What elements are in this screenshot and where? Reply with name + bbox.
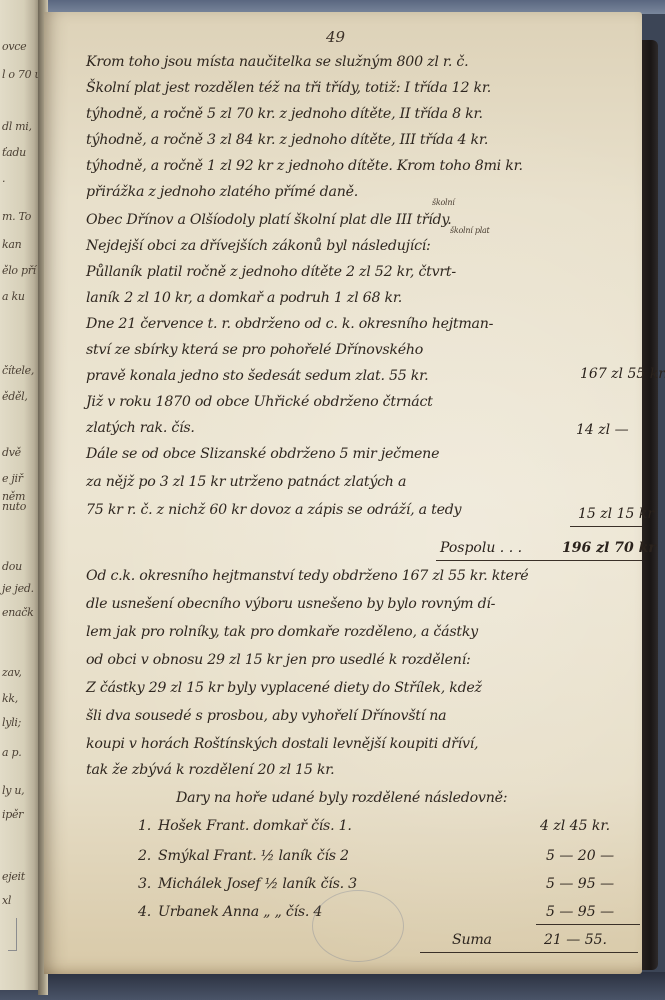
text-line: týhodně, a ročně 3 zl 84 kr. z jednoho d…: [86, 132, 488, 148]
text-line: Z částky 29 zl 15 kr byly vyplacené diet…: [86, 680, 482, 696]
text-line: Krom toho jsou místa naučitelka se služn…: [86, 54, 468, 70]
amount-slizany: 15 zl 15 kr: [578, 506, 654, 522]
left-page-fragment: lyli;: [2, 716, 21, 729]
photo-backdrop-bottom: [0, 972, 665, 1000]
text-line: dle usnešení obecního výboru usnešeno by…: [86, 596, 495, 612]
text-line: laník 2 zl 10 kr, a domkař a podruh 1 zl…: [86, 290, 402, 306]
left-page-fragment: dvě: [2, 446, 21, 459]
row-number: 2.: [138, 848, 151, 864]
row-amount: 4 zl 45 kr.: [540, 818, 610, 834]
left-page-fragment: enačk: [2, 606, 33, 619]
text-line: od obci v obnosu 29 zl 15 kr jen pro use…: [86, 652, 471, 668]
left-page-fragment: zav,: [2, 666, 22, 679]
text-line: za nějž po 3 zl 15 kr utrženo patnáct zl…: [86, 474, 406, 490]
left-page-fragment: kk,: [2, 692, 18, 705]
text-line: Půllaník platil ročně z jednoho dítěte 2…: [86, 264, 456, 280]
page-number: 49: [326, 28, 345, 46]
left-page-fragment: a ku: [2, 290, 25, 303]
text-line: Školní plat jest rozdělen též na tři tří…: [86, 80, 491, 96]
left-page-fragment: ťadu: [2, 146, 26, 159]
row-amount: 5 — 95 —: [546, 876, 614, 892]
amount-uhrice: 14 zl —: [576, 422, 629, 438]
row-number: 3.: [138, 876, 151, 892]
text-line: pravě konala jedno sto šedesát sedum zla…: [86, 368, 428, 384]
total-value: 196 zl 70 kr: [562, 540, 656, 556]
left-page-fragment: je jed.: [2, 582, 34, 595]
sum-value: 21 — 55.: [544, 932, 607, 948]
row-number: 4.: [138, 904, 151, 920]
sum-label: Suma: [452, 932, 492, 948]
left-page-fragment: a p.: [2, 746, 21, 759]
left-page-fragment: m. To: [2, 210, 31, 223]
text-line: Obec Dřínov a Olšíodoly platí školní pla…: [86, 212, 452, 228]
superscript-insert: školní plat: [450, 226, 490, 235]
left-page-fragment: .: [2, 172, 5, 185]
book-cover-edge: [640, 40, 658, 970]
row-name: Michálek Josef ½ laník čís. 3: [158, 876, 357, 892]
text-line: zlatých rak. čís.: [86, 420, 195, 436]
text-line: ství ze sbírky která se pro pohořelé Dří…: [86, 342, 423, 358]
total-label: Pospolu . . .: [440, 540, 522, 556]
text-line: týhodně, a ročně 5 zl 70 kr. z jednoho d…: [86, 106, 483, 122]
left-page-fragment: l o 70 u: [2, 68, 40, 81]
text-line: lem jak pro rolníky, tak pro domkaře roz…: [86, 624, 478, 640]
text-line: tak že zbývá k rozdělení 20 zl 15 kr.: [86, 762, 334, 778]
left-page-fragment: ovce: [2, 40, 26, 53]
distribution-heading: Dary na hoře udané byly rozdělené násled…: [176, 790, 507, 806]
superscript-insert: školní: [432, 198, 455, 207]
previous-page-edge: ovce l o 70 u dl mi, ťadu . m. To kan ěl…: [0, 0, 40, 990]
text-line: šli dva sousedé s prosbou, aby vyhořelí …: [86, 708, 446, 724]
left-page-fragment: kan: [2, 238, 21, 251]
text-line: 75 kr r. č. z nichž 60 kr dovoz a zápis …: [86, 502, 461, 518]
amount-sbirka: 167 zl 55 kr.: [580, 366, 665, 382]
text-line: koupi v horách Roštínských dostali levně…: [86, 736, 478, 752]
sum-rule: [536, 924, 640, 925]
text-line: Od c.k. okresního hejtmanství tedy obdrž…: [86, 568, 528, 584]
text-line: Již v roku 1870 od obce Uhřické obdrženo…: [86, 394, 433, 410]
left-page-fragment: ěděl,: [2, 390, 28, 403]
text-line: týhodně, a ročně 1 zl 92 kr z jednoho dí…: [86, 158, 523, 174]
left-page-fragment: e jiř: [2, 472, 23, 485]
row-name: Smýkal Frant. ½ laník čís 2: [158, 848, 349, 864]
left-page-fragment: ělo pří: [2, 264, 36, 277]
left-page-fragment: nuto: [2, 500, 26, 513]
text-line: Dále se od obce Slizanské obdrženo 5 mir…: [86, 446, 439, 462]
sum-underline: [420, 952, 638, 953]
page-corner-mark: [8, 918, 17, 951]
text-line: Dne 21 července t. r. obdrženo od c. k. …: [86, 316, 493, 332]
text-line: Nejdejší obci za dřívejších zákonů byl n…: [86, 238, 431, 254]
subtotal-rule: [570, 526, 642, 527]
row-name: Hošek Frant. domkař čís. 1.: [158, 818, 352, 834]
row-number: 1.: [138, 818, 151, 834]
left-page-fragment: čítele,: [2, 364, 34, 377]
row-amount: 5 — 95 —: [546, 904, 614, 920]
left-page-fragment: dou: [2, 560, 22, 573]
left-page-fragment: ly u,: [2, 784, 24, 797]
row-name: Urbanek Anna „ „ čís. 4: [158, 904, 322, 920]
row-amount: 5 — 20 —: [546, 848, 614, 864]
left-page-fragment: ejeit: [2, 870, 25, 883]
faded-stamp: [312, 890, 404, 962]
left-page-fragment: dl mi,: [2, 120, 32, 133]
left-page-fragment: ipěr: [2, 808, 23, 821]
total-rule: [436, 560, 642, 561]
left-page-fragment: xl: [2, 894, 11, 907]
text-line: přirážka z jednoho zlatého přímé daně.: [86, 184, 358, 200]
